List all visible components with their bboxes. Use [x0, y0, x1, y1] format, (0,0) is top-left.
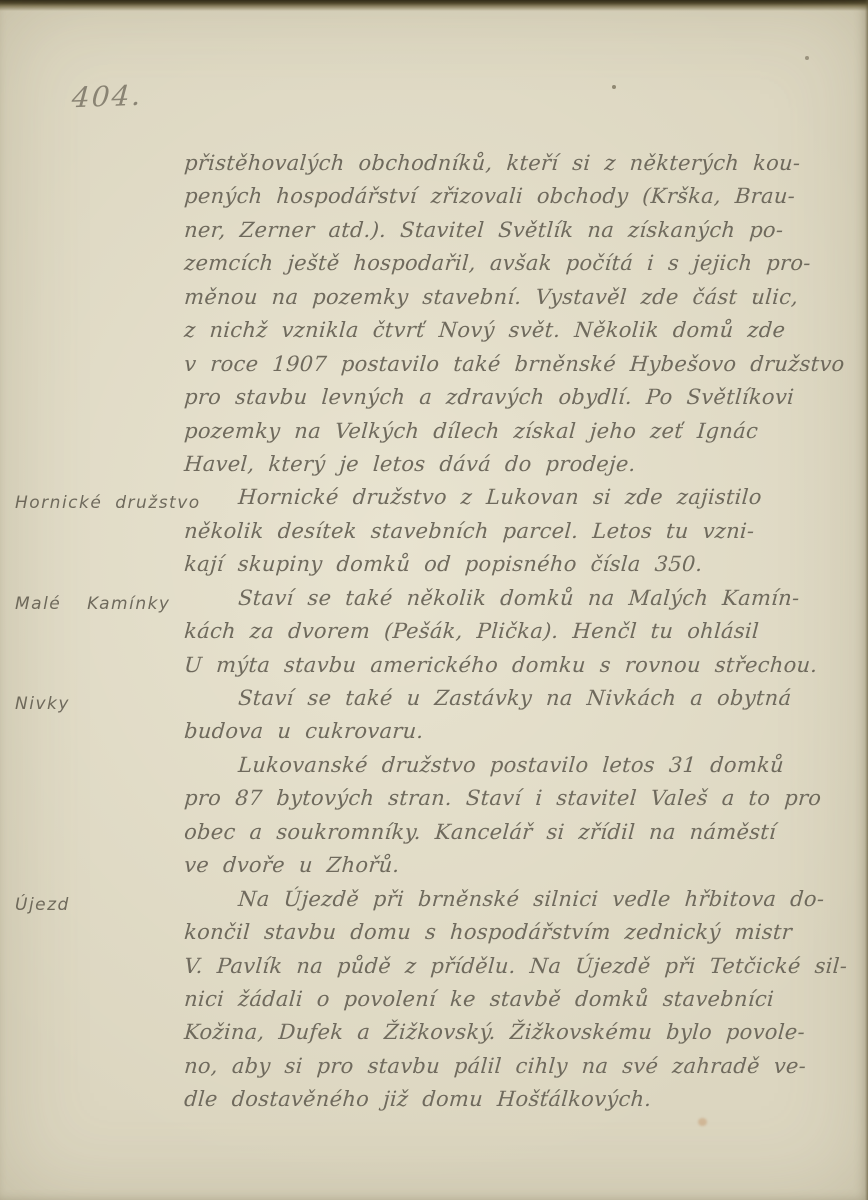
handwritten-line: ner, Zerner atd.). Stavitel Světlík na z… [183, 214, 845, 247]
handwritten-line: kách za dvorem (Pešák, Plička). Henčl tu… [183, 615, 845, 648]
paper-stain [698, 1118, 707, 1126]
handwritten-line: V. Pavlík na půdě z přídělu. Na Újezdě p… [183, 950, 845, 983]
handwritten-line: Na Újezdě při brněnské silnici vedle hřb… [183, 883, 845, 916]
handwritten-line: pro 87 bytových stran. Staví i stavitel … [183, 782, 845, 815]
handwritten-line: Lukovanské družstvo postavilo letos 31 d… [183, 749, 845, 782]
margin-label-hornicke-druzstvo: Hornické družstvo [15, 493, 201, 513]
handwritten-line: končil stavbu domu s hospodářstvím zedni… [183, 916, 845, 949]
handwritten-line: Staví se také u Zastávky na Nivkách a ob… [183, 682, 845, 715]
handwritten-line: Havel, který je letos dává do prodeje. [183, 448, 845, 481]
handwritten-line: měnou na pozemky stavební. Vystavěl zde … [183, 281, 845, 314]
margin-label-nivky: Nivky [15, 694, 70, 714]
handwritten-line: budova u cukrovaru. [183, 715, 845, 748]
main-text-column: přistěhovalých obchodníků, kteří si z ně… [183, 147, 843, 1117]
handwritten-line: z nichž vznikla čtvrť Nový svět. Několik… [183, 314, 845, 347]
handwritten-line: nici žádali o povolení ke stavbě domků s… [183, 983, 845, 1016]
handwritten-line: několik desítek stavebních parcel. Letos… [183, 515, 845, 548]
paper-speck [612, 85, 616, 89]
handwritten-line: Staví se také několik domků na Malých Ka… [183, 582, 845, 615]
page-number: 404. [71, 79, 144, 114]
handwritten-line: pených hospodářství zřizovali obchody (K… [183, 180, 845, 213]
paper-speck [805, 56, 809, 60]
margin-label-male-kaminky: Malé Kamínky [15, 594, 171, 614]
handwritten-line: kají skupiny domků od popisného čísla 35… [183, 548, 845, 581]
handwritten-line: U mýta stavbu amerického domku s rovnou … [183, 649, 845, 682]
scan-top-edge [0, 0, 868, 11]
margin-label-ujezd: Újezd [15, 895, 70, 915]
handwritten-line: dle dostavěného již domu Hošťálkových. [183, 1083, 845, 1116]
scanned-chronicle-page: 404. Hornické družstvoMalé KamínkyNivkyÚ… [0, 0, 868, 1200]
handwritten-line: zemcích ještě hospodařil, avšak počítá i… [183, 247, 845, 280]
handwritten-line: pro stavbu levných a zdravých obydlí. Po… [183, 381, 845, 414]
handwritten-line: Kožina, Dufek a Žižkovský. Žižkovskému b… [183, 1016, 845, 1049]
handwritten-line: ve dvoře u Zhořů. [183, 849, 845, 882]
handwritten-line: v roce 1907 postavilo také brněnské Hybe… [183, 348, 845, 381]
handwritten-line: obec a soukromníky. Kancelář si zřídil n… [183, 816, 845, 849]
handwritten-line: Hornické družstvo z Lukovan si zde zajis… [183, 481, 845, 514]
handwritten-line: pozemky na Velkých dílech získal jeho ze… [183, 415, 845, 448]
handwritten-line: no, aby si pro stavbu pálil cihly na své… [183, 1050, 845, 1083]
handwritten-line: přistěhovalých obchodníků, kteří si z ně… [183, 147, 845, 180]
